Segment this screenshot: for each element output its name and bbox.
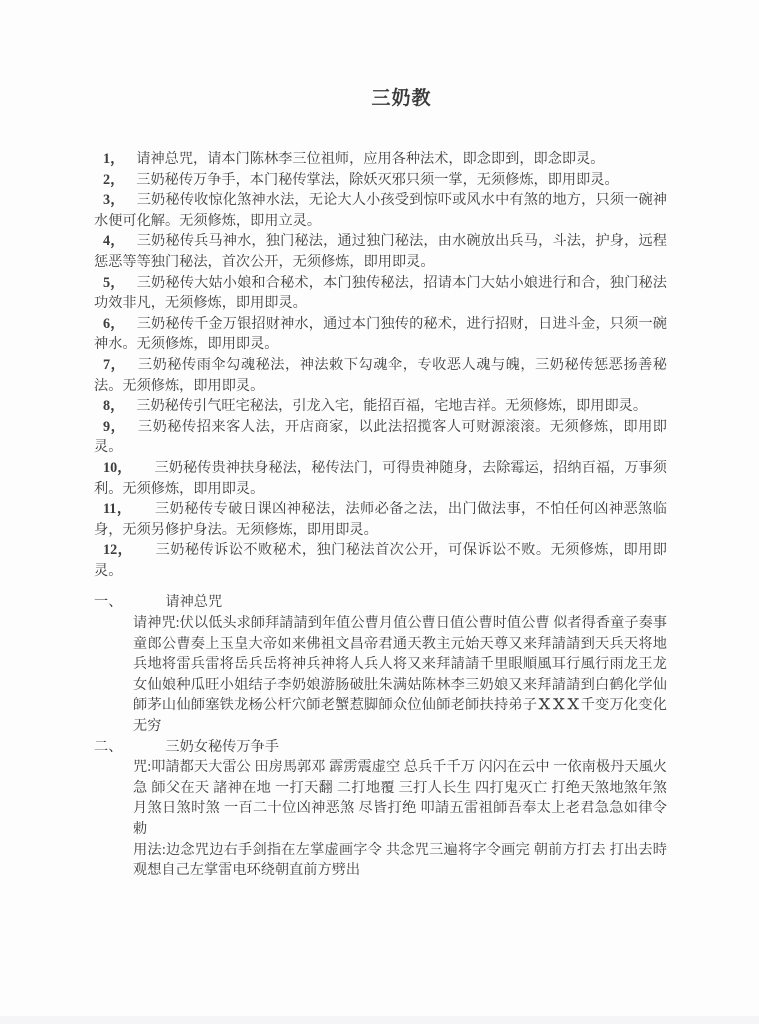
list-item: 4，三奶秘传兵马神水，独门秘法，通过独门秘法，由水碗放出兵马，斗法，护身，远程惩… (94, 231, 667, 272)
item-number: 3， (103, 192, 125, 208)
section-body: 咒:叩請都天大雷公 田房馬郭邓 霹雳震虚空 总兵千千万 闪闪在云中 一依南极丹天… (94, 757, 667, 881)
document-content: 三奶教 1，请神总咒，请本门陈林李三位祖师，应用各种法术，即念即到，即念即灵。 … (94, 0, 667, 881)
item-number: 11， (103, 501, 132, 517)
item-number: 9， (103, 419, 125, 435)
item-number: 4， (103, 233, 125, 249)
item-text: 请神总咒，请本门陈林李三位祖师，应用各种法术，即念即到，即念即灵。 (136, 151, 604, 167)
item-number: 6， (103, 316, 125, 332)
item-text: 三奶秘传雨伞勾魂秘法，神法敕下勾魂伞，专收恶人魂与魄，三奶秘传惩恶扬善秘法。无须… (94, 357, 667, 394)
section-heading: 二、三奶女秘传万争手 (94, 737, 667, 758)
list-item: 9，三奶秘传招来客人法，开店商家，以此法招揽客人可财源滚滚。无须修炼，即用即灵。 (94, 417, 667, 458)
section-paragraph: 用法:边念咒边右手剑指在左掌虚画字令 共念咒三遍将字令画完 朝前方打去 打出去時… (133, 840, 667, 881)
paragraph-text-segment: 咒:叩請都天大雷公 田房馬郭邓 霹雳震虚空 总兵千千万 闪闪在云中 一依南极丹天… (133, 759, 667, 837)
sections: 一、请神总咒 请神咒:伏以低头求師拜請請到年值公曹月值公曹日值公曹时值公曹 似者… (94, 592, 667, 880)
section-paragraph: 咒:叩請都天大雷公 田房馬郭邓 霹雳震虚空 总兵千千万 闪闪在云中 一依南极丹天… (133, 757, 667, 839)
list-item: 11，三奶秘传专破日课凶神秘法，法师必备之法，出门做法事，不怕任何凶神恶煞临身，… (94, 499, 667, 540)
item-text: 三奶秘传引气旺宅秘法，引龙入宅，能招百福，宅地吉祥。无须修炼，即用即灵。 (136, 398, 647, 414)
page-title: 三奶教 (94, 86, 667, 112)
item-text: 三奶秘传万争手，本门秘传掌法，除妖灭邪只须一掌，无须修炼，即用即灵。 (136, 172, 618, 188)
item-number: 12， (103, 542, 132, 558)
list-item: 10，三奶秘传贵神扶身秘法，秘传法门，可得贵神随身，去除霉运，招纳百福，万事须利… (94, 458, 667, 499)
section-number: 二、 (94, 739, 122, 755)
list-item: 6，三奶秘传千金万银招财神水，通过本门独传的秘术，进行招财，日进斗金，只须一碗神… (94, 314, 667, 355)
page-bottom-edge (0, 1016, 759, 1024)
item-text: 三奶秘传兵马神水，独门秘法，通过独门秘法，由水碗放出兵马，斗法，护身，远程惩恶等… (94, 233, 667, 270)
item-number: 2， (103, 172, 124, 188)
item-number: 1， (103, 151, 124, 167)
list-item: 3，三奶秘传收惊化煞神水法，无论大人小孩受到惊吓或风水中有煞的地方，只须一碗神水… (94, 190, 667, 231)
document-page: 三奶教 1，请神总咒，请本门陈林李三位祖师，应用各种法术，即念即到，即念即灵。 … (0, 0, 759, 1024)
item-text: 三奶秘传贵神扶身秘法，秘传法门，可得贵神随身，去除霉运，招纳百福，万事须利。无须… (94, 460, 667, 497)
item-text: 三奶秘传千金万银招财神水，通过本门独传的秘术，进行招财，日进斗金，只须一碗神水。… (94, 316, 667, 353)
item-number: 5， (103, 275, 125, 291)
list-item: 2，三奶秘传万争手，本门秘传掌法，除妖灭邪只须一掌，无须修炼，即用即灵。 (94, 170, 667, 191)
list-item: 8，三奶秘传引气旺宅秘法，引龙入宅，能招百福，宅地吉祥。无须修炼，即用即灵。 (94, 396, 667, 417)
item-text: 三奶秘传招来客人法，开店商家，以此法招揽客人可财源滚滚。无须修炼，即用即灵。 (94, 419, 667, 456)
item-number: 8， (103, 398, 124, 414)
list-item: 7，三奶秘传雨伞勾魂秘法，神法敕下勾魂伞，专收恶人魂与魄，三奶秘传惩恶扬善秘法。… (94, 355, 667, 396)
section-body: 请神咒:伏以低头求師拜請請到年值公曹月值公曹日值公曹时值公曹 似者得香童子奏事童… (94, 613, 667, 737)
section-title: 请神总咒 (165, 594, 222, 610)
numbered-list: 1，请神总咒，请本门陈林李三位祖师，应用各种法术，即念即到，即念即灵。 2，三奶… (94, 149, 667, 581)
section-block: 一、请神总咒 请神咒:伏以低头求師拜請請到年值公曹月值公曹日值公曹时值公曹 似者… (94, 592, 667, 736)
item-text: 三奶秘传收惊化煞神水法，无论大人小孩受到惊吓或风水中有煞的地方，只须一碗神水便可… (94, 192, 667, 229)
list-item: 1，请神总咒，请本门陈林李三位祖师，应用各种法术，即念即到，即念即灵。 (94, 149, 667, 170)
section-title: 三奶女秘传万争手 (165, 739, 279, 755)
item-text: 三奶秘传专破日课凶神秘法，法师必备之法，出门做法事，不怕任何凶神恶煞临身，无须另… (94, 501, 667, 538)
paragraph-text-segment: ＸＸＸ (537, 697, 580, 713)
section-number: 一、 (94, 594, 122, 610)
paragraph-text-segment: 用法:边念咒边右手剑指在左掌虚画字令 共念咒三遍将字令画完 朝前方打去 打出去時… (133, 842, 667, 879)
section-block: 二、三奶女秘传万争手 咒:叩請都天大雷公 田房馬郭邓 霹雳震虚空 总兵千千万 闪… (94, 737, 667, 881)
list-item: 12，三奶秘传诉讼不败秘术，独门秘法首次公开，可保诉讼不败。无须修炼，即用即灵。 (94, 540, 667, 581)
item-number: 10， (103, 460, 131, 476)
section-paragraph: 请神咒:伏以低头求師拜請請到年值公曹月值公曹日值公曹时值公曹 似者得香童子奏事童… (133, 613, 667, 737)
item-text: 三奶秘传诉讼不败秘术，独门秘法首次公开，可保诉讼不败。无须修炼，即用即灵。 (94, 542, 667, 579)
item-number: 7， (103, 357, 125, 373)
item-text: 三奶秘传大姑小娘和合秘术，本门独传秘法，招请本门大姑小娘进行和合，独门秘法功效非… (94, 275, 667, 312)
section-heading: 一、请神总咒 (94, 592, 667, 613)
list-item: 5，三奶秘传大姑小娘和合秘术，本门独传秘法，招请本门大姑小娘进行和合，独门秘法功… (94, 273, 667, 314)
